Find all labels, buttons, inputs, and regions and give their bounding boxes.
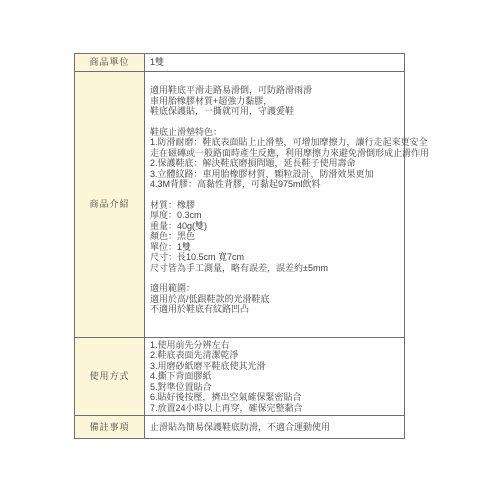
text-line: 尺寸皆為手工測量，略有誤差，誤差約±5mm xyxy=(150,263,400,274)
text-line: 6.貼好後按壓，擠出空氣確保緊密貼合 xyxy=(150,392,400,403)
table-row: 商品單位 1雙 xyxy=(75,54,405,72)
text-line: 車用胎橡膠材質+超強力黏膠， xyxy=(150,96,400,107)
row-header-usage: 使用方式 xyxy=(75,337,145,416)
table-row: 商品介紹 適用鞋底平滑走路易滑倒，可防路滑雨滑車用胎橡膠材質+超強力黏膠，鞋底保… xyxy=(75,72,405,338)
text-line: 鞋底止滑墊特色： xyxy=(150,127,400,138)
text-line: 厚度：0.3cm xyxy=(150,210,400,221)
text-line: 5.對準位置貼合 xyxy=(150,382,400,393)
table-row: 使用方式 1.使用前先分辨左右2.鞋底表面先清潔乾淨3.用磨砂紙磨平鞋底使其光滑… xyxy=(75,337,405,416)
product-spec-page: 商品單位 1雙 商品介紹 適用鞋底平滑走路易滑倒，可防路滑雨滑車用胎橡膠材質+超… xyxy=(0,0,480,480)
text-line: 1.防滑耐磨：鞋底表面貼上止滑墊，可增加摩擦力，讓行走起來更安全 xyxy=(150,137,400,148)
text-line: 尺寸：長10.5cm 寬7cm xyxy=(150,252,400,263)
text-line: 3.立體紋路：車用胎橡膠材質，顆粒設計，防滑效果更加 xyxy=(150,169,400,180)
text-line: 1.使用前先分辨左右 xyxy=(150,340,400,351)
text-line: 顏色：黑色 xyxy=(150,231,400,242)
text-line: 4.撕下背面膠紙 xyxy=(150,371,400,382)
text-line: 重量：40g(雙) xyxy=(150,221,400,232)
text-line: 單位：1雙 xyxy=(150,242,400,253)
intro-paragraph-scope: 適用範圍：適用於高/低跟鞋款的光滑鞋底不適用於鞋底有紋路凹凸 xyxy=(150,283,400,315)
usage-content: 1.使用前先分辨左右2.鞋底表面先清潔乾淨3.用磨砂紙磨平鞋底使其光滑4.撕下背… xyxy=(145,337,405,416)
text-line: 材質：橡膠 xyxy=(150,200,400,211)
text-line: 4.3M背膠：高黏性背膠，可黏起975ml飲料 xyxy=(150,179,400,190)
notes-value: 止滑貼為簡易保護鞋底防滑，不適合運動使用 xyxy=(145,416,405,439)
text-line: 適用於高/低跟鞋款的光滑鞋底 xyxy=(150,294,400,305)
intro-paragraph-specs: 材質：橡膠厚度：0.3cm重量：40g(雙)顏色：黑色單位：1雙尺寸：長10.5… xyxy=(150,200,400,274)
text-line: 3.用磨砂紙磨平鞋底使其光滑 xyxy=(150,361,400,372)
row-header-unit: 商品單位 xyxy=(75,54,145,72)
row-header-intro: 商品介紹 xyxy=(75,72,145,338)
text-line: 適用範圍： xyxy=(150,283,400,294)
text-line: 不適用於鞋底有紋路凹凸 xyxy=(150,304,400,315)
usage-steps: 1.使用前先分辨左右2.鞋底表面先清潔乾淨3.用磨砂紙磨平鞋底使其光滑4.撕下背… xyxy=(150,340,400,414)
text-line: 2.鞋底表面先清潔乾淨 xyxy=(150,350,400,361)
intro-paragraph-features: 鞋底止滑墊特色：1.防滑耐磨：鞋底表面貼上止滑墊，可增加摩擦力，讓行走起來更安全… xyxy=(150,127,400,190)
unit-value: 1雙 xyxy=(145,54,405,72)
text-line: 7.放置24小時以上再穿，確保完整黏合 xyxy=(150,403,400,414)
row-header-notes: 備註事項 xyxy=(75,416,145,439)
text-line: 適用鞋底平滑走路易滑倒，可防路滑雨滑 xyxy=(150,85,400,96)
table-row: 備註事項 止滑貼為簡易保護鞋底防滑，不適合運動使用 xyxy=(75,416,405,439)
text-line: 鞋底保護貼，一撕就可用，守護愛鞋 xyxy=(150,106,400,117)
product-spec-table: 商品單位 1雙 商品介紹 適用鞋底平滑走路易滑倒，可防路滑雨滑車用胎橡膠材質+超… xyxy=(74,53,405,439)
intro-content: 適用鞋底平滑走路易滑倒，可防路滑雨滑車用胎橡膠材質+超強力黏膠，鞋底保護貼，一撕… xyxy=(145,72,405,338)
intro-paragraph-overview: 適用鞋底平滑走路易滑倒，可防路滑雨滑車用胎橡膠材質+超強力黏膠，鞋底保護貼，一撕… xyxy=(150,85,400,117)
text-line: 2.保護鞋底：解決鞋底磨損問題，延長鞋子使用壽命 xyxy=(150,158,400,169)
text-line: 走在磁磚或一般路面時產生反應，利用摩擦力來避免滑倒形成止滑作用 xyxy=(150,148,400,159)
